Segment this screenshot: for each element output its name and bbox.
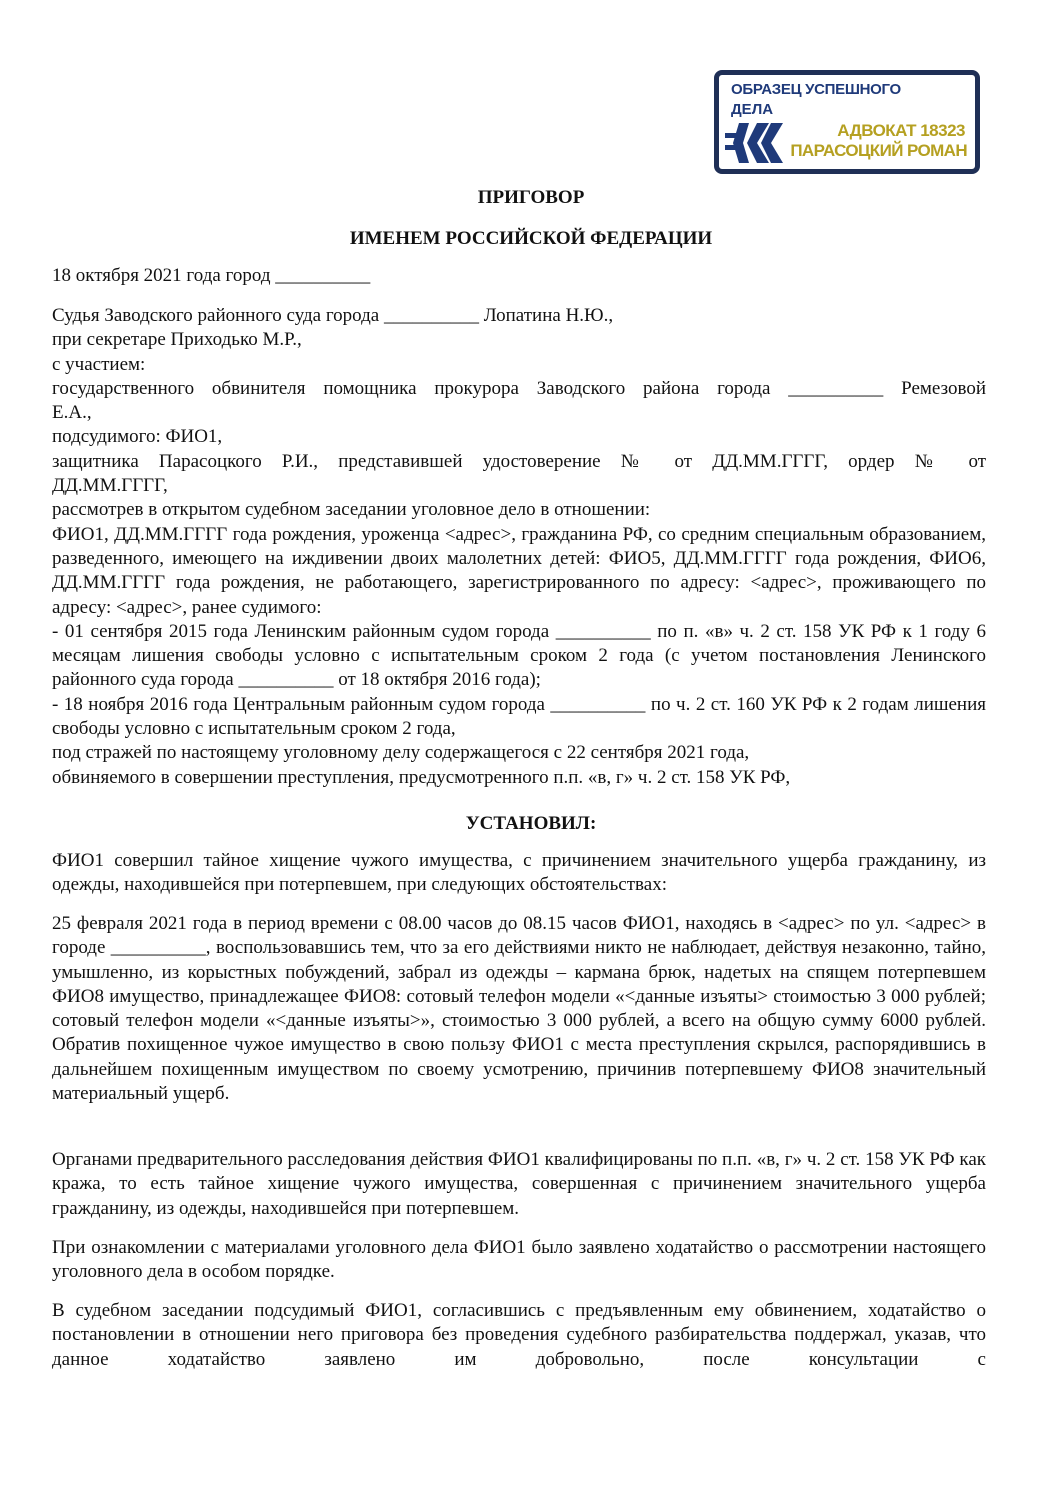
- case-considered-line: рассмотрев в открытом судебном заседании…: [52, 498, 986, 522]
- prosecutor-initials: Е.А.,: [52, 401, 986, 425]
- document-title: ПРИГОВОР: [0, 187, 1062, 209]
- charge-line: обвиняемого в совершении преступления, п…: [52, 766, 986, 790]
- logo-text-case: ДЕЛА: [731, 101, 773, 118]
- prosecutor-line: государственного обвинителя помощника пр…: [52, 377, 986, 401]
- date-line: 18 октября 2021 года город __________: [52, 264, 986, 288]
- paragraph-3: Органами предварительного расследования …: [52, 1148, 986, 1221]
- court-composition: Судья Заводского районного суда города _…: [52, 304, 986, 790]
- section-heading-established: УСТАНОВИЛ:: [0, 813, 1062, 835]
- defendant-line: подсудимого: ФИО1,: [52, 425, 986, 449]
- paragraph-1: ФИО1 совершил тайное хищение чужого имущ…: [52, 849, 986, 898]
- defender-date: ДД.ММ.ГГГГ,: [52, 474, 986, 498]
- k-emblem-icon: [725, 121, 785, 165]
- judge-line: Судья Заводского районного суда города _…: [52, 304, 986, 328]
- paragraph-5: В судебном заседании подсудимый ФИО1, со…: [52, 1299, 986, 1372]
- logo-text-name: ПАРАСОЦКИЙ РОМАН: [790, 141, 967, 161]
- logo-text-advocate: АДВОКАТ 18323: [837, 121, 965, 141]
- paragraph-2: 25 февраля 2021 года в период времени с …: [52, 912, 986, 1106]
- defender-line: защитника Парасоцкого Р.И., представивше…: [52, 450, 986, 474]
- prior-conviction-2: - 18 ноября 2016 года Центральным районн…: [52, 693, 986, 742]
- paragraph-4: При ознакомлении с материалами уголовног…: [52, 1236, 986, 1285]
- custody-line: под стражей по настоящему уголовному дел…: [52, 741, 986, 765]
- document-subtitle: ИМЕНЕМ РОССИЙСКОЙ ФЕДЕРАЦИИ: [0, 228, 1062, 250]
- participation-line: с участием:: [52, 353, 986, 377]
- advocate-logo: ОБРАЗЕЦ УСПЕШНОГО ДЕЛА АДВОКАТ 18323 ПАР…: [714, 70, 980, 174]
- secretary-line: при секретаре Приходько М.Р.,: [52, 328, 986, 352]
- prior-conviction-1: - 01 сентября 2015 года Ленинским районн…: [52, 620, 986, 693]
- document-page: ОБРАЗЕЦ УСПЕШНОГО ДЕЛА АДВОКАТ 18323 ПАР…: [0, 0, 1062, 1500]
- defendant-paragraph: ФИО1, ДД.ММ.ГГГГ года рождения, уроженца…: [52, 523, 986, 620]
- logo-text-sample: ОБРАЗЕЦ УСПЕШНОГО: [731, 81, 901, 98]
